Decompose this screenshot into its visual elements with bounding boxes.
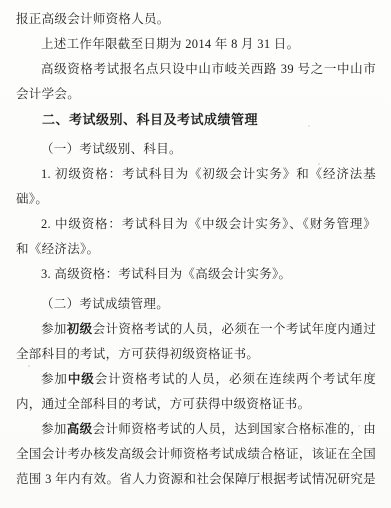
emphasized-text-run: 中级 <box>68 372 95 386</box>
text-line: 范围 3 年内有效。省人力资源和社会保障厅根据考试情况研究是 <box>16 467 376 492</box>
text-run: （二）考试成绩管理。 <box>41 297 169 311</box>
subsection-label: （二）考试成绩管理。 <box>16 292 376 317</box>
text-run: 参加 <box>41 372 68 386</box>
text-run: 会计资格考试的人员，必须在一个考试年度内通过 <box>93 322 376 336</box>
text-run: 1. 初级资格：考试科目为《初级会计实务》和《经济法基 <box>41 167 376 181</box>
text-run: 3. 高级资格：考试科目为《高级会计实务》。 <box>41 267 291 281</box>
text-line: 参加初级会计资格考试的人员，必须在一个考试年度内通过 <box>16 317 376 342</box>
emphasized-text-run: 初级 <box>67 322 93 336</box>
text-run: 会计学会。 <box>16 87 80 101</box>
text-run: 报正高级会计师资格人员。 <box>16 12 170 26</box>
section-heading: 二、考试级别、科目及考试成绩管理 <box>16 107 376 132</box>
text-line: 全部科目的考试，方可获得初级资格证书。 <box>16 342 376 367</box>
text-line: 内，通过全部科目的考试，方可获得中级资格证书。 <box>16 392 376 417</box>
text-run: 会计师资格考试的人员，达到国家合格标准的，由 <box>93 422 376 436</box>
text-run: 2. 中级资格：考试科目为《中级会计实务》、《财务管理》 <box>41 217 376 231</box>
emphasized-text-run: 二、考试级别、科目及考试成绩管理 <box>42 112 258 127</box>
text-run: 和《经济法》。 <box>16 242 99 256</box>
text-run: 参加 <box>41 422 67 436</box>
emphasized-text-run: 高级 <box>67 422 93 436</box>
subsection-label: （一）考试级别、科目。 <box>16 137 376 162</box>
text-line: 高级资格考试报名点只设中山市岐关西路 39 号之一中山市 <box>16 57 376 82</box>
text-line: 础》。 <box>16 187 376 212</box>
text-line: 报正高级会计师资格人员。 <box>16 7 376 32</box>
text-line: 和《经济法》。 <box>16 237 376 262</box>
text-run: 础》。 <box>16 192 48 206</box>
text-line: 1. 初级资格：考试科目为《初级会计实务》和《经济法基 <box>16 162 376 187</box>
text-line: 参加中级会计资格考试的人员，必须在连续两个考试年度 <box>16 367 376 392</box>
text-run: 全部科目的考试，方可获得初级资格证书。 <box>16 347 259 361</box>
text-line: 会计学会。 <box>16 82 376 107</box>
text-line: 2. 中级资格：考试科目为《中级会计实务》、《财务管理》 <box>16 212 376 237</box>
text-line: 3. 高级资格：考试科目为《高级会计实务》。 <box>16 262 376 287</box>
text-line: 全国会计考办核发高级会计师资格考试成绩合格证，该证在全国 <box>16 442 376 467</box>
text-run: 会计资格考试的人员，必须在连续两个考试年度 <box>95 372 376 386</box>
text-run: 高级资格考试报名点只设中山市岐关西路 39 号之一中山市 <box>41 62 376 76</box>
document-page: 报正高级会计师资格人员。上述工作年限截至日期为 2014 年 8 月 31 日。… <box>0 0 391 508</box>
document-text: 报正高级会计师资格人员。上述工作年限截至日期为 2014 年 8 月 31 日。… <box>16 7 376 492</box>
text-line: 上述工作年限截至日期为 2014 年 8 月 31 日。 <box>16 32 376 57</box>
text-run: （一）考试级别、科目。 <box>41 142 182 156</box>
text-run: 参加 <box>41 322 67 336</box>
text-run: 范围 3 年内有效。省人力资源和社会保障厅根据考试情况研究是 <box>16 472 376 486</box>
text-run: 上述工作年限截至日期为 2014 年 8 月 31 日。 <box>41 37 299 51</box>
text-line: 参加高级会计师资格考试的人员，达到国家合格标准的，由 <box>16 417 376 442</box>
text-run: 全国会计考办核发高级会计师资格考试成绩合格证，该证在全国 <box>16 447 376 461</box>
text-run: 内，通过全部科目的考试，方可获得中级资格证书。 <box>16 397 310 411</box>
